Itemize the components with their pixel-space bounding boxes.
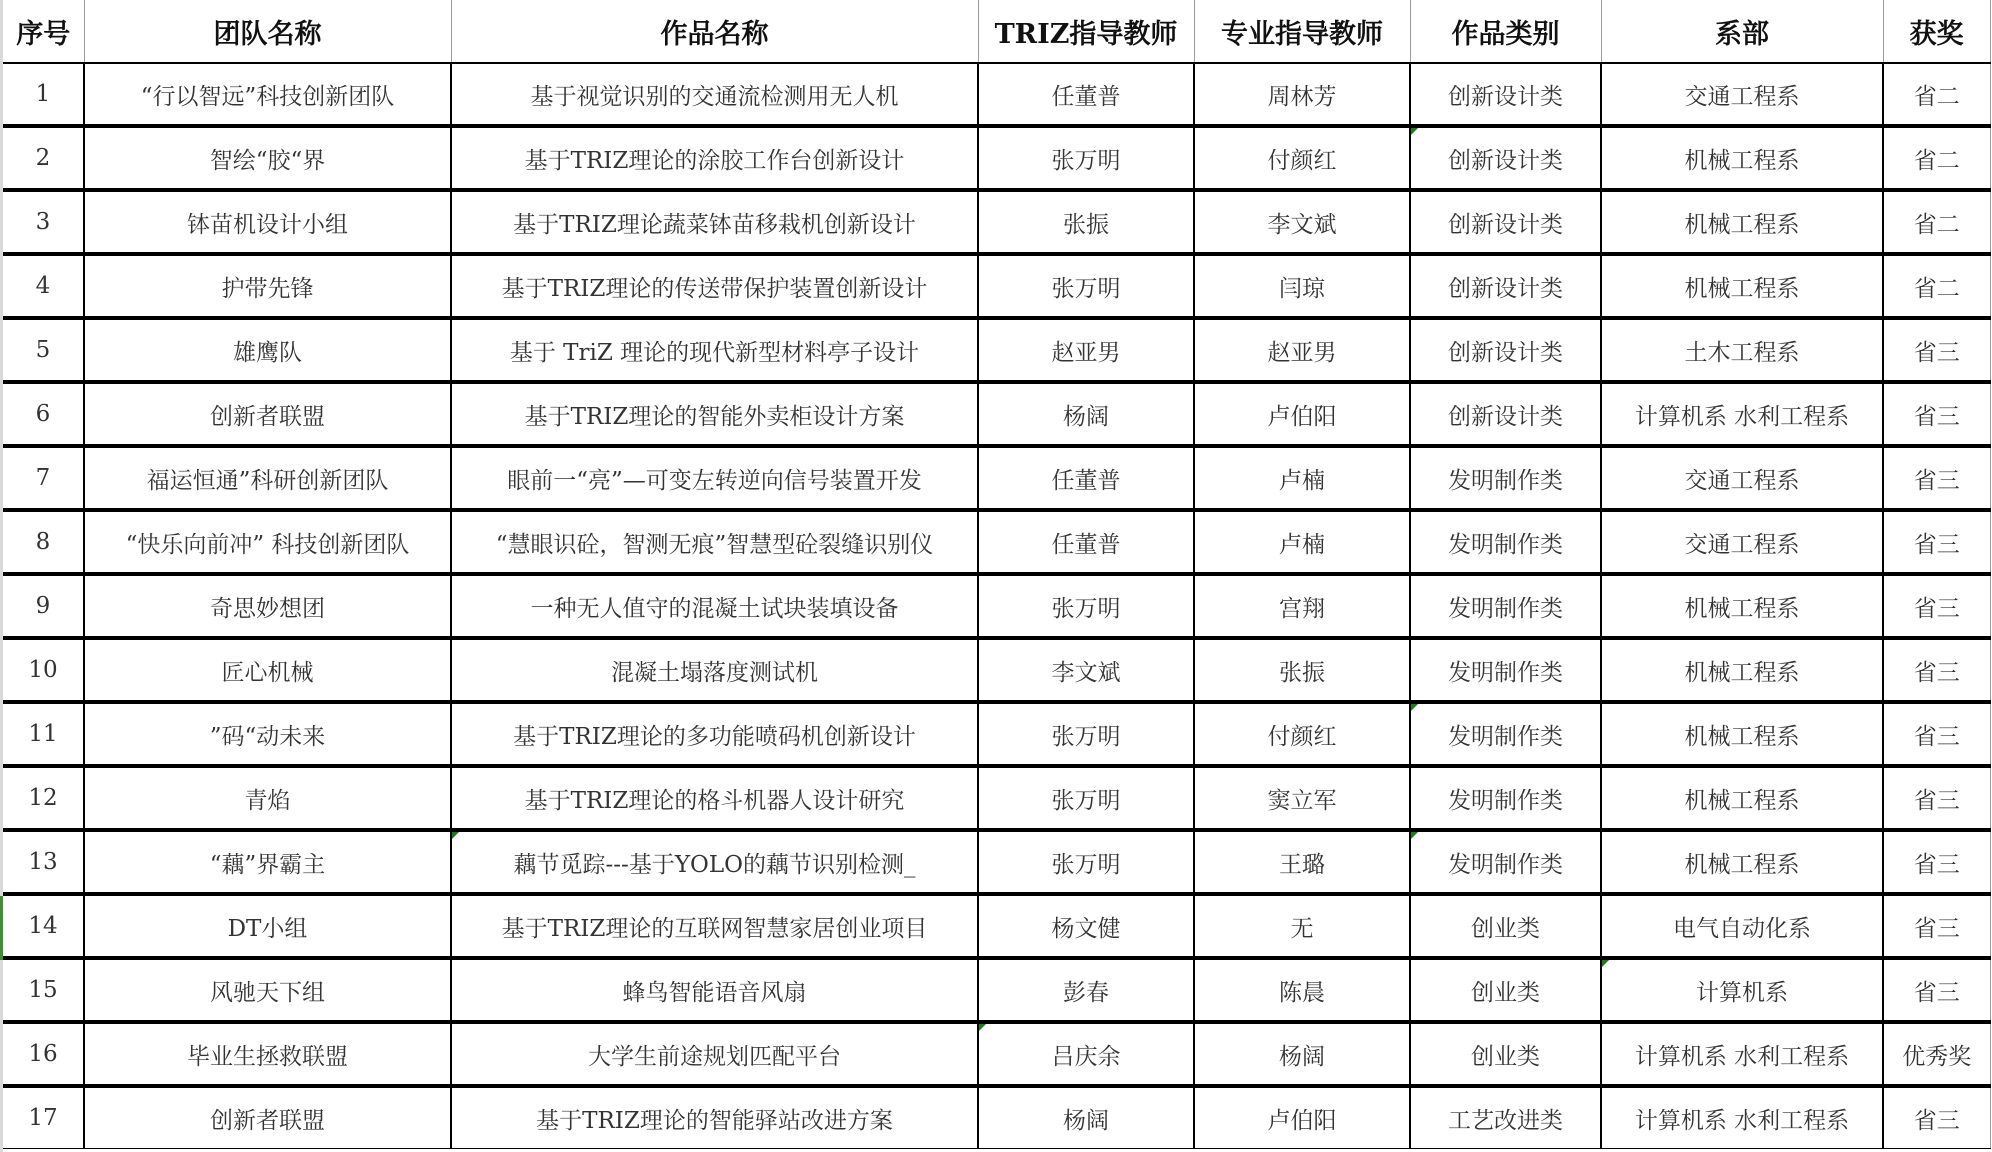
cell-team[interactable]: 智绘“胶“界 bbox=[84, 126, 451, 190]
cell-team[interactable]: 青焰 bbox=[84, 766, 451, 830]
table-row: 17创新者联盟基于TRIZ理论的智能驿站改进方案杨阔卢伯阳工艺改进类计算机系 水… bbox=[3, 1086, 1990, 1149]
cell-work[interactable]: 基于TRIZ理论的传送带保护装置创新设计 bbox=[451, 254, 978, 318]
error-indicator-icon bbox=[1411, 704, 1418, 711]
cell-department[interactable]: 计算机系 bbox=[1601, 958, 1883, 1022]
cell-major-teacher[interactable]: 卢伯阳 bbox=[1194, 1086, 1410, 1149]
cell-major-teacher-text: 付颜红 bbox=[1268, 148, 1337, 174]
cell-major-teacher-text: 付颜红 bbox=[1268, 724, 1337, 750]
cell-work[interactable]: 基于TRIZ理论的涂胶工作台创新设计 bbox=[451, 126, 978, 190]
cell-no-text: 8 bbox=[36, 529, 51, 555]
cell-award[interactable]: 省二 bbox=[1883, 254, 1990, 318]
cell-no-text: 16 bbox=[28, 1041, 57, 1067]
cell-major-teacher[interactable]: 张振 bbox=[1194, 638, 1410, 702]
table-row: 1“行以智远”科技创新团队基于视觉识别的交通流检测用无人机任董普周林芳创新设计类… bbox=[3, 63, 1990, 126]
cell-triz-teacher[interactable]: 任董普 bbox=[978, 63, 1194, 126]
cell-triz-teacher[interactable]: 张万明 bbox=[978, 254, 1194, 318]
cell-triz-teacher[interactable]: 赵亚男 bbox=[978, 318, 1194, 382]
cell-department[interactable]: 电气自动化系 bbox=[1601, 894, 1883, 958]
cell-department[interactable]: 计算机系 水利工程系 bbox=[1601, 382, 1883, 446]
table-row: 11”码“动未来基于TRIZ理论的多功能喷码机创新设计张万明付颜红发明制作类机械… bbox=[3, 702, 1990, 766]
cell-work-text: 基于TRIZ理论的传送带保护装置创新设计 bbox=[502, 276, 928, 302]
cell-team-text: 创新者联盟 bbox=[210, 1108, 325, 1134]
cell-work[interactable]: 大学生前途规划匹配平台 bbox=[451, 1022, 978, 1086]
cell-category-text: 工艺改进类 bbox=[1448, 1108, 1563, 1134]
cell-team[interactable]: DT小组 bbox=[84, 894, 451, 958]
cell-award[interactable]: 省三 bbox=[1883, 382, 1990, 446]
cell-triz-teacher[interactable]: 张万明 bbox=[978, 830, 1194, 894]
cell-no[interactable]: 12 bbox=[3, 766, 84, 830]
cell-work-text: 基于TRIZ理论的互联网智慧家居创业项目 bbox=[502, 916, 928, 942]
cell-category[interactable]: 发明制作类 bbox=[1410, 510, 1601, 574]
cell-major-teacher-text: 闫琼 bbox=[1279, 276, 1325, 302]
cell-triz-teacher-text: 张万明 bbox=[1052, 724, 1121, 750]
cell-category[interactable]: 创新设计类 bbox=[1410, 318, 1601, 382]
cell-department-text: 机械工程系 bbox=[1685, 212, 1800, 238]
cell-no-text: 1 bbox=[36, 81, 51, 107]
cell-department[interactable]: 交通工程系 bbox=[1601, 510, 1883, 574]
cell-category-text: 发明制作类 bbox=[1448, 724, 1563, 750]
cell-work-text: 藕节觅踪---基于YOLO的藕节识别检测_ bbox=[514, 852, 916, 878]
cell-team[interactable]: 护带先锋 bbox=[84, 254, 451, 318]
cell-award-text: 省三 bbox=[1914, 660, 1960, 686]
cell-triz-teacher-text: 杨阔 bbox=[1063, 1108, 1109, 1134]
cell-award[interactable]: 省三 bbox=[1883, 766, 1990, 830]
error-indicator-icon bbox=[452, 832, 459, 839]
cell-team[interactable]: 风驰天下组 bbox=[84, 958, 451, 1022]
cell-major-teacher-text: 周林芳 bbox=[1268, 84, 1337, 110]
cell-work[interactable]: 基于TRIZ理论的智能外卖柜设计方案 bbox=[451, 382, 978, 446]
cell-team-text: 匠心机械 bbox=[222, 660, 314, 686]
cell-work[interactable]: 蜂鸟智能语音风扇 bbox=[451, 958, 978, 1022]
cell-no[interactable]: 3 bbox=[3, 190, 84, 254]
cell-work-text: 大学生前途规划匹配平台 bbox=[588, 1044, 841, 1070]
cell-category-text: 发明制作类 bbox=[1448, 468, 1563, 494]
cell-major-teacher[interactable]: 杨阔 bbox=[1194, 1022, 1410, 1086]
cell-award[interactable]: 省三 bbox=[1883, 958, 1990, 1022]
cell-category[interactable]: 创新设计类 bbox=[1410, 63, 1601, 126]
cell-triz-teacher-text: 张万明 bbox=[1052, 788, 1121, 814]
cell-award-text: 省三 bbox=[1914, 532, 1960, 558]
cell-department-text: 机械工程系 bbox=[1685, 852, 1800, 878]
cell-award-text: 省三 bbox=[1914, 852, 1960, 878]
header-category[interactable]: 作品类别 bbox=[1410, 0, 1601, 63]
cell-work-text: 基于 TriZ 理论的现代新型材料亭子设计 bbox=[510, 340, 919, 366]
cell-work-text: 基于TRIZ理论的智能外卖柜设计方案 bbox=[525, 404, 905, 430]
cell-category[interactable]: 创业类 bbox=[1410, 894, 1601, 958]
cell-department-text: 机械工程系 bbox=[1685, 596, 1800, 622]
table-row: 2智绘“胶“界基于TRIZ理论的涂胶工作台创新设计张万明付颜红创新设计类机械工程… bbox=[3, 126, 1990, 190]
cell-award-text: 优秀奖 bbox=[1902, 1044, 1971, 1070]
cell-no[interactable]: 8 bbox=[3, 510, 84, 574]
cell-no-text: 12 bbox=[28, 785, 57, 811]
cell-work[interactable]: “慧眼识砼，智测无痕”智慧型砼裂缝识别仪 bbox=[451, 510, 978, 574]
cell-category-text: 发明制作类 bbox=[1448, 852, 1563, 878]
cell-triz-teacher-text: 张振 bbox=[1063, 212, 1109, 238]
spreadsheet: 序号 团队名称 作品名称 TRIZ指导教师 专业指导教师 作品类别 系部 获奖 … bbox=[0, 0, 1992, 1152]
cell-award-text: 省二 bbox=[1914, 84, 1960, 110]
cell-no[interactable]: 15 bbox=[3, 958, 84, 1022]
header-row: 序号 团队名称 作品名称 TRIZ指导教师 专业指导教师 作品类别 系部 获奖 bbox=[3, 0, 1990, 63]
cell-no[interactable]: 14 bbox=[3, 894, 84, 958]
cell-triz-teacher-text: 任董普 bbox=[1052, 84, 1121, 110]
cell-team-text: ”码“动未来 bbox=[210, 724, 326, 750]
cell-department-text: 计算机系 水利工程系 bbox=[1635, 404, 1849, 430]
table-row: 7福运恒通”科研创新团队眼前一“亮”—可变左转逆向信号装置开发任董普卢楠发明制作… bbox=[3, 446, 1990, 510]
cell-major-teacher-text: 张振 bbox=[1279, 660, 1325, 686]
cell-department[interactable]: 机械工程系 bbox=[1601, 254, 1883, 318]
cell-work[interactable]: 一种无人值守的混凝土试块装填设备 bbox=[451, 574, 978, 638]
cell-no[interactable]: 16 bbox=[3, 1022, 84, 1086]
cell-work[interactable]: 基于视觉识别的交通流检测用无人机 bbox=[451, 63, 978, 126]
cell-award-text: 省三 bbox=[1914, 980, 1960, 1006]
table-row: 6创新者联盟基于TRIZ理论的智能外卖柜设计方案杨阔卢伯阳创新设计类计算机系 水… bbox=[3, 382, 1990, 446]
table-row: 15风驰天下组蜂鸟智能语音风扇彭春陈晨创业类计算机系省三 bbox=[3, 958, 1990, 1022]
cell-triz-teacher-text: 杨阔 bbox=[1063, 404, 1109, 430]
cell-department-text: 计算机系 水利工程系 bbox=[1635, 1044, 1849, 1070]
error-indicator-icon bbox=[1602, 960, 1609, 967]
cell-award-text: 省三 bbox=[1914, 916, 1960, 942]
cell-work-text: 基于TRIZ理论的智能驿站改进方案 bbox=[536, 1108, 893, 1134]
header-award[interactable]: 获奖 bbox=[1883, 0, 1990, 63]
cell-department[interactable]: 机械工程系 bbox=[1601, 574, 1883, 638]
cell-team-text: 福运恒通”科研创新团队 bbox=[147, 468, 389, 494]
cell-no-text: 10 bbox=[28, 657, 57, 683]
cell-team[interactable]: 创新者联盟 bbox=[84, 1086, 451, 1149]
cell-category-text: 创业类 bbox=[1471, 1044, 1540, 1070]
cell-category[interactable]: 发明制作类 bbox=[1410, 574, 1601, 638]
cell-no-text: 5 bbox=[36, 337, 51, 363]
cell-major-teacher[interactable]: 卢伯阳 bbox=[1194, 382, 1410, 446]
table-row: 8“快乐向前冲” 科技创新团队“慧眼识砼，智测无痕”智慧型砼裂缝识别仪任董普卢楠… bbox=[3, 510, 1990, 574]
cell-work-text: 混凝土塌落度测试机 bbox=[611, 660, 818, 686]
cell-work[interactable]: 基于TRIZ理论的互联网智慧家居创业项目 bbox=[451, 894, 978, 958]
cell-triz-teacher-text: 赵亚男 bbox=[1052, 340, 1121, 366]
cell-no[interactable]: 6 bbox=[3, 382, 84, 446]
cell-triz-teacher[interactable]: 吕庆余 bbox=[978, 1022, 1194, 1086]
cell-category-text: 创业类 bbox=[1471, 980, 1540, 1006]
cell-triz-teacher-text: 李文斌 bbox=[1052, 660, 1121, 686]
cell-category-text: 创业类 bbox=[1471, 916, 1540, 942]
cell-category[interactable]: 创新设计类 bbox=[1410, 382, 1601, 446]
cell-major-teacher[interactable]: 付颜红 bbox=[1194, 126, 1410, 190]
cell-major-teacher[interactable]: 无 bbox=[1194, 894, 1410, 958]
cell-category[interactable]: 发明制作类 bbox=[1410, 638, 1601, 702]
cell-no[interactable]: 17 bbox=[3, 1086, 84, 1149]
table-row: 5雄鹰队基于 TriZ 理论的现代新型材料亭子设计赵亚男赵亚男创新设计类土木工程… bbox=[3, 318, 1990, 382]
cell-department-text: 机械工程系 bbox=[1685, 660, 1800, 686]
error-indicator-icon bbox=[979, 1024, 986, 1031]
cell-award[interactable]: 优秀奖 bbox=[1883, 1022, 1990, 1086]
cell-award-text: 省三 bbox=[1914, 596, 1960, 622]
cell-team[interactable]: 雄鹰队 bbox=[84, 318, 451, 382]
cell-team[interactable]: 毕业生拯救联盟 bbox=[84, 1022, 451, 1086]
cell-department-text: 计算机系 水利工程系 bbox=[1635, 1108, 1849, 1134]
cell-award-text: 省二 bbox=[1914, 276, 1960, 302]
cell-work[interactable]: 基于TRIZ理论的多功能喷码机创新设计 bbox=[451, 702, 978, 766]
cell-team[interactable]: “行以智远”科技创新团队 bbox=[84, 63, 451, 126]
cell-award-text: 省三 bbox=[1914, 788, 1960, 814]
cell-major-teacher[interactable]: 李文斌 bbox=[1194, 190, 1410, 254]
cell-department[interactable]: 机械工程系 bbox=[1601, 766, 1883, 830]
cell-award-text: 省二 bbox=[1914, 212, 1960, 238]
cell-work-text: 基于TRIZ理论的涂胶工作台创新设计 bbox=[525, 148, 905, 174]
cell-work[interactable]: 基于TRIZ理论的格斗机器人设计研究 bbox=[451, 766, 978, 830]
cell-category-text: 创新设计类 bbox=[1448, 212, 1563, 238]
cell-team-text: 智绘“胶“界 bbox=[210, 148, 326, 174]
cell-award[interactable]: 省二 bbox=[1883, 126, 1990, 190]
cell-team-text: “藕”界霸主 bbox=[210, 852, 326, 878]
cell-major-teacher-text: 陈晨 bbox=[1279, 980, 1325, 1006]
cell-work[interactable]: 基于TRIZ理论的智能驿站改进方案 bbox=[451, 1086, 978, 1149]
cell-category-text: 发明制作类 bbox=[1448, 660, 1563, 686]
cell-triz-teacher-text: 张万明 bbox=[1052, 596, 1121, 622]
cell-no[interactable]: 4 bbox=[3, 254, 84, 318]
cell-triz-teacher[interactable]: 杨文健 bbox=[978, 894, 1194, 958]
cell-major-teacher[interactable]: 窦立军 bbox=[1194, 766, 1410, 830]
cell-triz-teacher-text: 杨文健 bbox=[1052, 916, 1121, 942]
error-indicator-icon bbox=[1411, 128, 1418, 135]
cell-triz-teacher-text: 张万明 bbox=[1052, 148, 1121, 174]
cell-team[interactable]: 匠心机械 bbox=[84, 638, 451, 702]
cell-triz-teacher-text: 彭春 bbox=[1063, 980, 1109, 1006]
cell-award[interactable]: 省三 bbox=[1883, 574, 1990, 638]
cell-department-text: 机械工程系 bbox=[1685, 148, 1800, 174]
cell-major-teacher-text: 赵亚男 bbox=[1268, 340, 1337, 366]
cell-award[interactable]: 省三 bbox=[1883, 1086, 1990, 1149]
cell-department[interactable]: 机械工程系 bbox=[1601, 830, 1883, 894]
cell-award-text: 省二 bbox=[1914, 148, 1960, 174]
cell-triz-teacher[interactable]: 张万明 bbox=[978, 126, 1194, 190]
cell-category-text: 发明制作类 bbox=[1448, 788, 1563, 814]
table-row: 3钵苗机设计小组基于TRIZ理论蔬菜钵苗移栽机创新设计张振李文斌创新设计类机械工… bbox=[3, 190, 1990, 254]
cell-department-text: 机械工程系 bbox=[1685, 276, 1800, 302]
cell-department-text: 电气自动化系 bbox=[1673, 916, 1811, 942]
cell-major-teacher[interactable]: 王璐 bbox=[1194, 830, 1410, 894]
cell-triz-teacher[interactable]: 张振 bbox=[978, 190, 1194, 254]
cell-team-text: 毕业生拯救联盟 bbox=[187, 1044, 348, 1070]
cell-team-text: 风驰天下组 bbox=[210, 980, 325, 1006]
cell-no-text: 17 bbox=[28, 1105, 57, 1131]
cell-no[interactable]: 1 bbox=[3, 63, 84, 126]
cell-triz-teacher-text: 吕庆余 bbox=[1052, 1044, 1121, 1070]
header-major-teacher[interactable]: 专业指导教师 bbox=[1194, 0, 1410, 63]
cell-category[interactable]: 创新设计类 bbox=[1410, 190, 1601, 254]
cell-work-text: “慧眼识砼，智测无痕”智慧型砼裂缝识别仪 bbox=[496, 532, 934, 558]
cell-major-teacher-text: 无 bbox=[1291, 916, 1314, 942]
cell-category-text: 创新设计类 bbox=[1448, 148, 1563, 174]
cell-category[interactable]: 发明制作类 bbox=[1410, 702, 1601, 766]
cell-team-text: “快乐向前冲” 科技创新团队 bbox=[126, 532, 410, 558]
cell-no[interactable]: 13 bbox=[3, 830, 84, 894]
cell-team-text: 雄鹰队 bbox=[233, 340, 302, 366]
cell-major-teacher[interactable]: 卢楠 bbox=[1194, 446, 1410, 510]
cell-department-text: 交通工程系 bbox=[1685, 532, 1800, 558]
cell-major-teacher-text: 卢伯阳 bbox=[1268, 1108, 1337, 1134]
cell-work-text: 基于视觉识别的交通流检测用无人机 bbox=[531, 84, 899, 110]
cell-team-text: 青焰 bbox=[245, 788, 291, 814]
table-row: 13“藕”界霸主藕节觅踪---基于YOLO的藕节识别检测_张万明王璐发明制作类机… bbox=[3, 830, 1990, 894]
cell-category[interactable]: 发明制作类 bbox=[1410, 446, 1601, 510]
cell-team-text: DT小组 bbox=[228, 916, 308, 942]
cell-triz-teacher[interactable]: 张万明 bbox=[978, 766, 1194, 830]
cell-department[interactable]: 交通工程系 bbox=[1601, 63, 1883, 126]
cell-department-text: 机械工程系 bbox=[1685, 788, 1800, 814]
cell-major-teacher-text: 卢伯阳 bbox=[1268, 404, 1337, 430]
cell-category[interactable]: 创业类 bbox=[1410, 958, 1601, 1022]
cell-department-text: 计算机系 bbox=[1696, 980, 1788, 1006]
table-row: 12青焰基于TRIZ理论的格斗机器人设计研究张万明窦立军发明制作类机械工程系省三 bbox=[3, 766, 1990, 830]
cell-team[interactable]: “快乐向前冲” 科技创新团队 bbox=[84, 510, 451, 574]
header-no[interactable]: 序号 bbox=[3, 0, 84, 63]
cell-no-text: 4 bbox=[36, 273, 51, 299]
cell-department-text: 交通工程系 bbox=[1685, 84, 1800, 110]
cell-major-teacher[interactable]: 赵亚男 bbox=[1194, 318, 1410, 382]
cell-team[interactable]: 创新者联盟 bbox=[84, 382, 451, 446]
cell-award[interactable]: 省二 bbox=[1883, 190, 1990, 254]
cell-work-text: 基于TRIZ理论的格斗机器人设计研究 bbox=[525, 788, 905, 814]
header-work[interactable]: 作品名称 bbox=[451, 0, 978, 63]
cell-department-text: 机械工程系 bbox=[1685, 724, 1800, 750]
cell-team-text: 钵苗机设计小组 bbox=[187, 212, 348, 238]
cell-category[interactable]: 创业类 bbox=[1410, 1022, 1601, 1086]
cell-major-teacher[interactable]: 付颜红 bbox=[1194, 702, 1410, 766]
cell-team-text: 奇思妙想团 bbox=[210, 596, 325, 622]
cell-award[interactable]: 省三 bbox=[1883, 702, 1990, 766]
cell-award[interactable]: 省二 bbox=[1883, 63, 1990, 126]
cell-no-text: 11 bbox=[28, 721, 57, 747]
cell-major-teacher[interactable]: 卢楠 bbox=[1194, 510, 1410, 574]
cell-department[interactable]: 交通工程系 bbox=[1601, 446, 1883, 510]
table-row: 14DT小组基于TRIZ理论的互联网智慧家居创业项目杨文健无创业类电气自动化系省… bbox=[3, 894, 1990, 958]
cell-triz-teacher-text: 任董普 bbox=[1052, 468, 1121, 494]
cell-no-text: 2 bbox=[36, 145, 51, 171]
cell-major-teacher-text: 卢楠 bbox=[1279, 468, 1325, 494]
cell-team[interactable]: ”码“动未来 bbox=[84, 702, 451, 766]
cell-team-text: “行以智远”科技创新团队 bbox=[141, 84, 395, 110]
cell-triz-teacher[interactable]: 任董普 bbox=[978, 446, 1194, 510]
cell-no[interactable]: 7 bbox=[3, 446, 84, 510]
cell-triz-teacher[interactable]: 杨阔 bbox=[978, 382, 1194, 446]
cell-award[interactable]: 省三 bbox=[1883, 446, 1990, 510]
cell-category-text: 创新设计类 bbox=[1448, 340, 1563, 366]
cell-work[interactable]: 眼前一“亮”—可变左转逆向信号装置开发 bbox=[451, 446, 978, 510]
cell-major-teacher-text: 卢楠 bbox=[1279, 532, 1325, 558]
cell-triz-teacher-text: 任董普 bbox=[1052, 532, 1121, 558]
header-team[interactable]: 团队名称 bbox=[84, 0, 451, 63]
cell-no-text: 15 bbox=[28, 977, 57, 1003]
cell-award-text: 省三 bbox=[1914, 468, 1960, 494]
cell-team[interactable]: 钵苗机设计小组 bbox=[84, 190, 451, 254]
cell-triz-teacher[interactable]: 任董普 bbox=[978, 510, 1194, 574]
cell-department[interactable]: 土木工程系 bbox=[1601, 318, 1883, 382]
table-row: 9奇思妙想团一种无人值守的混凝土试块装填设备张万明宫翔发明制作类机械工程系省三 bbox=[3, 574, 1990, 638]
cell-major-teacher-text: 李文斌 bbox=[1268, 212, 1337, 238]
cell-department[interactable]: 计算机系 水利工程系 bbox=[1601, 1022, 1883, 1086]
cell-work[interactable]: 基于TRIZ理论蔬菜钵苗移栽机创新设计 bbox=[451, 190, 978, 254]
cell-major-teacher-text: 宫翔 bbox=[1279, 596, 1325, 622]
cell-award[interactable]: 省三 bbox=[1883, 830, 1990, 894]
header-department[interactable]: 系部 bbox=[1601, 0, 1883, 63]
cell-department[interactable]: 机械工程系 bbox=[1601, 190, 1883, 254]
cell-triz-teacher[interactable]: 张万明 bbox=[978, 574, 1194, 638]
table-row: 10匠心机械混凝土塌落度测试机李文斌张振发明制作类机械工程系省三 bbox=[3, 638, 1990, 702]
cell-work[interactable]: 基于 TriZ 理论的现代新型材料亭子设计 bbox=[451, 318, 978, 382]
cell-no-text: 9 bbox=[36, 593, 51, 619]
awards-table: 序号 团队名称 作品名称 TRIZ指导教师 专业指导教师 作品类别 系部 获奖 … bbox=[3, 0, 1991, 1149]
cell-major-teacher[interactable]: 宫翔 bbox=[1194, 574, 1410, 638]
cell-no[interactable]: 9 bbox=[3, 574, 84, 638]
cell-major-teacher[interactable]: 陈晨 bbox=[1194, 958, 1410, 1022]
cell-no[interactable]: 5 bbox=[3, 318, 84, 382]
cell-work[interactable]: 藕节觅踪---基于YOLO的藕节识别检测_ bbox=[451, 830, 978, 894]
cell-award-text: 省三 bbox=[1914, 1108, 1960, 1134]
cell-work-text: 眼前一“亮”—可变左转逆向信号装置开发 bbox=[507, 468, 922, 494]
cell-award[interactable]: 省三 bbox=[1883, 894, 1990, 958]
cell-award-text: 省三 bbox=[1914, 340, 1960, 366]
cell-department[interactable]: 计算机系 水利工程系 bbox=[1601, 1086, 1883, 1149]
cell-no-text: 13 bbox=[28, 849, 57, 875]
cell-triz-teacher[interactable]: 李文斌 bbox=[978, 638, 1194, 702]
cell-category[interactable]: 发明制作类 bbox=[1410, 830, 1601, 894]
cell-triz-teacher[interactable]: 张万明 bbox=[978, 702, 1194, 766]
header-triz-teacher[interactable]: TRIZ指导教师 bbox=[978, 0, 1194, 63]
cell-category[interactable]: 发明制作类 bbox=[1410, 766, 1601, 830]
cell-department-text: 交通工程系 bbox=[1685, 468, 1800, 494]
cell-department[interactable]: 机械工程系 bbox=[1601, 638, 1883, 702]
cell-category-text: 创新设计类 bbox=[1448, 404, 1563, 430]
cell-category[interactable]: 创新设计类 bbox=[1410, 254, 1601, 318]
cell-no-text: 3 bbox=[36, 209, 51, 235]
cell-work-text: 蜂鸟智能语音风扇 bbox=[623, 980, 807, 1006]
cell-team[interactable]: 福运恒通”科研创新团队 bbox=[84, 446, 451, 510]
cell-team[interactable]: 奇思妙想团 bbox=[84, 574, 451, 638]
cell-work-text: 基于TRIZ理论的多功能喷码机创新设计 bbox=[513, 724, 916, 750]
cell-triz-teacher-text: 张万明 bbox=[1052, 276, 1121, 302]
error-indicator-icon bbox=[1411, 832, 1418, 839]
cell-no-text: 7 bbox=[36, 465, 51, 491]
cell-award[interactable]: 省三 bbox=[1883, 510, 1990, 574]
cell-team-text: 护带先锋 bbox=[222, 276, 314, 302]
cell-no-text: 14 bbox=[28, 913, 57, 939]
cell-no[interactable]: 2 bbox=[3, 126, 84, 190]
cell-department-text: 土木工程系 bbox=[1685, 340, 1800, 366]
cell-triz-teacher[interactable]: 彭春 bbox=[978, 958, 1194, 1022]
cell-work[interactable]: 混凝土塌落度测试机 bbox=[451, 638, 978, 702]
cell-team[interactable]: “藕”界霸主 bbox=[84, 830, 451, 894]
cell-award-text: 省三 bbox=[1914, 404, 1960, 430]
cell-team-text: 创新者联盟 bbox=[210, 404, 325, 430]
table-row: 4护带先锋基于TRIZ理论的传送带保护装置创新设计张万明闫琼创新设计类机械工程系… bbox=[3, 254, 1990, 318]
cell-major-teacher-text: 王璐 bbox=[1279, 852, 1325, 878]
cell-category-text: 发明制作类 bbox=[1448, 596, 1563, 622]
cell-category-text: 创新设计类 bbox=[1448, 84, 1563, 110]
cell-triz-teacher[interactable]: 杨阔 bbox=[978, 1086, 1194, 1149]
cell-category-text: 发明制作类 bbox=[1448, 532, 1563, 558]
cell-category[interactable]: 创新设计类 bbox=[1410, 126, 1601, 190]
cell-major-teacher[interactable]: 周林芳 bbox=[1194, 63, 1410, 126]
cell-work-text: 一种无人值守的混凝土试块装填设备 bbox=[531, 596, 899, 622]
cell-no[interactable]: 10 bbox=[3, 638, 84, 702]
cell-award[interactable]: 省三 bbox=[1883, 318, 1990, 382]
cell-no[interactable]: 11 bbox=[3, 702, 84, 766]
cell-award[interactable]: 省三 bbox=[1883, 638, 1990, 702]
cell-major-teacher[interactable]: 闫琼 bbox=[1194, 254, 1410, 318]
cell-department[interactable]: 机械工程系 bbox=[1601, 702, 1883, 766]
cell-department[interactable]: 机械工程系 bbox=[1601, 126, 1883, 190]
cell-category[interactable]: 工艺改进类 bbox=[1410, 1086, 1601, 1149]
cell-triz-teacher-text: 张万明 bbox=[1052, 852, 1121, 878]
cell-category-text: 创新设计类 bbox=[1448, 276, 1563, 302]
